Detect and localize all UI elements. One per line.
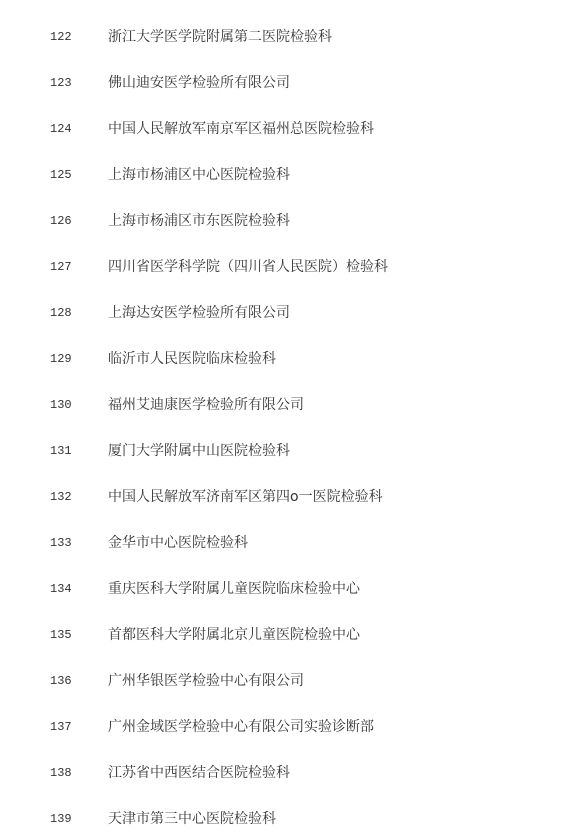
- list-item: 124 中国人民解放军南京军区福州总医院检验科: [0, 119, 569, 139]
- item-name: 广州华银医学检验中心有限公司: [108, 671, 304, 691]
- item-number: 139: [50, 809, 72, 829]
- item-name: 临沂市人民医院临床检验科: [108, 349, 276, 369]
- item-name: 金华市中心医院检验科: [108, 533, 248, 553]
- list-item: 139 天津市第三中心医院检验科: [0, 809, 569, 829]
- list-item: 125 上海市杨浦区中心医院检验科: [0, 165, 569, 185]
- list-item: 128 上海达安医学检验所有限公司: [0, 303, 569, 323]
- item-name: 浙江大学医学院附属第二医院检验科: [108, 27, 332, 47]
- list-item: 129 临沂市人民医院临床检验科: [0, 349, 569, 369]
- item-number: 124: [50, 119, 72, 139]
- item-name: 福州艾迪康医学检验所有限公司: [108, 395, 304, 415]
- item-number: 123: [50, 73, 72, 93]
- item-number: 136: [50, 671, 72, 691]
- list-item: 123 佛山迪安医学检验所有限公司: [0, 73, 569, 93]
- item-number: 134: [50, 579, 72, 599]
- item-name: 江苏省中西医结合医院检验科: [108, 763, 290, 783]
- list-item: 127 四川省医学科学院（四川省人民医院）检验科: [0, 257, 569, 277]
- item-name: 厦门大学附属中山医院检验科: [108, 441, 290, 461]
- item-number: 122: [50, 27, 72, 47]
- item-number: 138: [50, 763, 72, 783]
- item-number: 129: [50, 349, 72, 369]
- item-name: 中国人民解放军南京军区福州总医院检验科: [108, 119, 374, 139]
- list-item: 138 江苏省中西医结合医院检验科: [0, 763, 569, 783]
- item-name: 四川省医学科学院（四川省人民医院）检验科: [108, 257, 388, 277]
- item-name: 中国人民解放军济南军区第四o一医院检验科: [108, 487, 383, 507]
- list-item: 135 首都医科大学附属北京儿童医院检验中心: [0, 625, 569, 645]
- list-item: 136 广州华银医学检验中心有限公司: [0, 671, 569, 691]
- list-item: 133 金华市中心医院检验科: [0, 533, 569, 553]
- list-item: 131 厦门大学附属中山医院检验科: [0, 441, 569, 461]
- list-item: 132 中国人民解放军济南军区第四o一医院检验科: [0, 487, 569, 507]
- item-name: 天津市第三中心医院检验科: [108, 809, 276, 829]
- item-name: 广州金域医学检验中心有限公司实验诊断部: [108, 717, 374, 737]
- item-number: 130: [50, 395, 72, 415]
- item-number: 131: [50, 441, 72, 461]
- list-item: 137 广州金域医学检验中心有限公司实验诊断部: [0, 717, 569, 737]
- list-item: 134 重庆医科大学附属儿童医院临床检验中心: [0, 579, 569, 599]
- list-item: 130 福州艾迪康医学检验所有限公司: [0, 395, 569, 415]
- item-name: 上海市杨浦区中心医院检验科: [108, 165, 290, 185]
- item-name: 重庆医科大学附属儿童医院临床检验中心: [108, 579, 360, 599]
- item-number: 125: [50, 165, 72, 185]
- item-number: 133: [50, 533, 72, 553]
- item-number: 128: [50, 303, 72, 323]
- item-name: 上海市杨浦区市东医院检验科: [108, 211, 290, 231]
- item-number: 137: [50, 717, 72, 737]
- item-name: 首都医科大学附属北京儿童医院检验中心: [108, 625, 360, 645]
- item-number: 132: [50, 487, 72, 507]
- item-number: 127: [50, 257, 72, 277]
- item-name: 佛山迪安医学检验所有限公司: [108, 73, 290, 93]
- list-item: 122 浙江大学医学院附属第二医院检验科: [0, 27, 569, 47]
- item-number: 126: [50, 211, 72, 231]
- item-number: 135: [50, 625, 72, 645]
- item-name: 上海达安医学检验所有限公司: [108, 303, 290, 323]
- list-item: 126 上海市杨浦区市东医院检验科: [0, 211, 569, 231]
